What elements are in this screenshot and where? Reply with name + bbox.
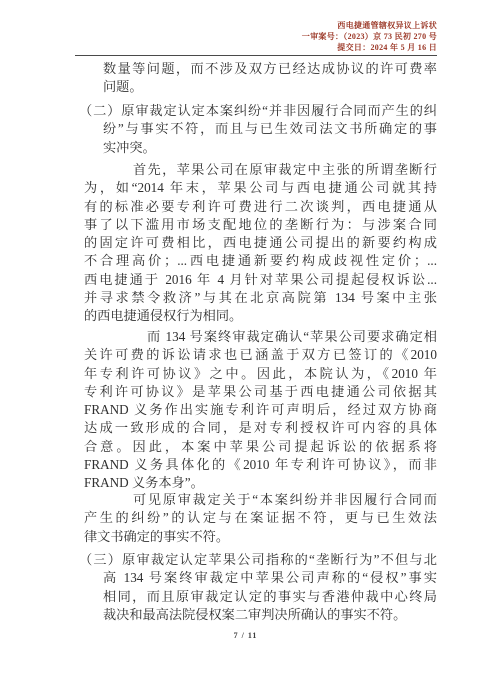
header-submit-date: 提交日：2024 年 5 月 16 日: [302, 42, 437, 53]
text-line: 问题。: [103, 78, 437, 96]
text-line: 并寻求禁令救济”与其在北京高院第 134 号案中主张: [84, 289, 437, 307]
text-line: 的西电捷通侵权行为相同。: [84, 307, 437, 325]
text-line: FRAND 义务本身”。: [84, 474, 437, 492]
text-line: 事了以下滥用市场支配地位的垄断行为：与涉案合同: [84, 216, 437, 234]
text-line: 不合理高价；...西电捷通新要约构成歧视性定价；...: [84, 252, 437, 270]
header-divider: [75, 55, 437, 56]
text-line: 关许可费的诉讼请求也已涵盖于双方已签订的《2010: [84, 346, 437, 364]
text-line: 为，如“2014 年末，苹果公司与西电捷通公司就其持: [84, 179, 437, 197]
text-line: （二）原审裁定认定本案纠纷“并非因履行合同而产生的纠: [79, 102, 437, 120]
text-line: 纷”与事实不符，而且与已生效司法文书所确定的事: [103, 120, 437, 138]
text-line: 的固定许可费相比，西电捷通公司提出的新要约构成: [84, 234, 437, 252]
text-line: 相同，而且原审裁定认定的事实与香港仲裁中心终局: [103, 588, 437, 606]
text-line: 有的标准必要专利许可费进行二次谈判，西电捷通从: [84, 198, 437, 216]
header-title: 西电捷通管辖权异议上诉状: [302, 20, 437, 31]
paragraph-first: 首先，苹果公司在原审裁定中主张的所谓垄断行 为，如“2014 年末，苹果公司与西…: [0, 161, 491, 326]
text-line: 年专利许可协议》之中。因此，本院认为，《2010 年: [84, 365, 437, 383]
document-header: 西电捷通管辖权异议上诉状 一审案号：（2023）京 73 民初 270 号 提交…: [302, 20, 437, 53]
text-line: 可见原审裁定关于“本案纠纷并非因履行合同而: [133, 491, 437, 509]
paragraph-continuation: 数量等问题，而不涉及双方已经达成协议的许可费率 问题。: [0, 60, 491, 97]
text-line: 专利许可协议》是苹果公司基于西电捷通公司依据其: [84, 383, 437, 401]
list-item-three: （三）原审裁定认定苹果公司指称的“垄断行为”不但与北 高 134 号案终审裁定中…: [0, 551, 491, 624]
text-line: 裁决和最高法院侵权案二审判决所确认的事实不符。: [103, 606, 437, 624]
text-line: FRAND 义务作出实施专利许可声明后，经过双方协商: [84, 401, 437, 419]
text-line: 实冲突。: [103, 139, 437, 157]
text-line: 数量等问题，而不涉及双方已经达成协议的许可费率: [103, 60, 437, 78]
list-item-two: （二）原审裁定认定本案纠纷“并非因履行合同而产生的纠 纷”与事实不符，而且与已生…: [0, 102, 491, 157]
page-number: 7 / 11: [0, 631, 491, 640]
text-line: FRAND 义务具体化的《2010 年专利许可协议》，而非: [84, 456, 437, 474]
paragraph-second: 而 134 号案终审裁定确认“苹果公司要求确定相 关许可费的诉讼请求也已涵盖于双…: [0, 328, 491, 493]
text-line: （三）原审裁定认定苹果公司指称的“垄断行为”不但与北: [79, 551, 437, 569]
text-line: 合意。因此，本案中苹果公司提起诉讼的依据系将: [84, 438, 437, 456]
text-line: 而 134 号案终审裁定确认“苹果公司要求确定相: [147, 328, 437, 346]
document-page: 西电捷通管辖权异议上诉状 一审案号：（2023）京 73 民初 270 号 提交…: [0, 0, 491, 695]
header-case-number: 一审案号：（2023）京 73 民初 270 号: [302, 31, 437, 42]
text-line: 达成一致形成的合同，是对专利授权许可内容的具体: [84, 419, 437, 437]
paragraph-third: 可见原审裁定关于“本案纠纷并非因履行合同而 产生的纠纷”的认定与在案证据不符，更…: [0, 491, 491, 546]
text-line: 产生的纠纷”的认定与在案证据不符，更与已生效法: [84, 509, 437, 527]
text-line: 律文书确定的事实不符。: [84, 528, 437, 546]
text-line: 首先，苹果公司在原审裁定中主张的所谓垄断行: [133, 161, 437, 179]
text-line: 高 134 号案终审裁定中苹果公司声称的“侵权”事实: [103, 569, 437, 587]
text-line: 西电捷通于 2016 年 4 月针对苹果公司提起侵权诉讼...: [84, 271, 437, 289]
